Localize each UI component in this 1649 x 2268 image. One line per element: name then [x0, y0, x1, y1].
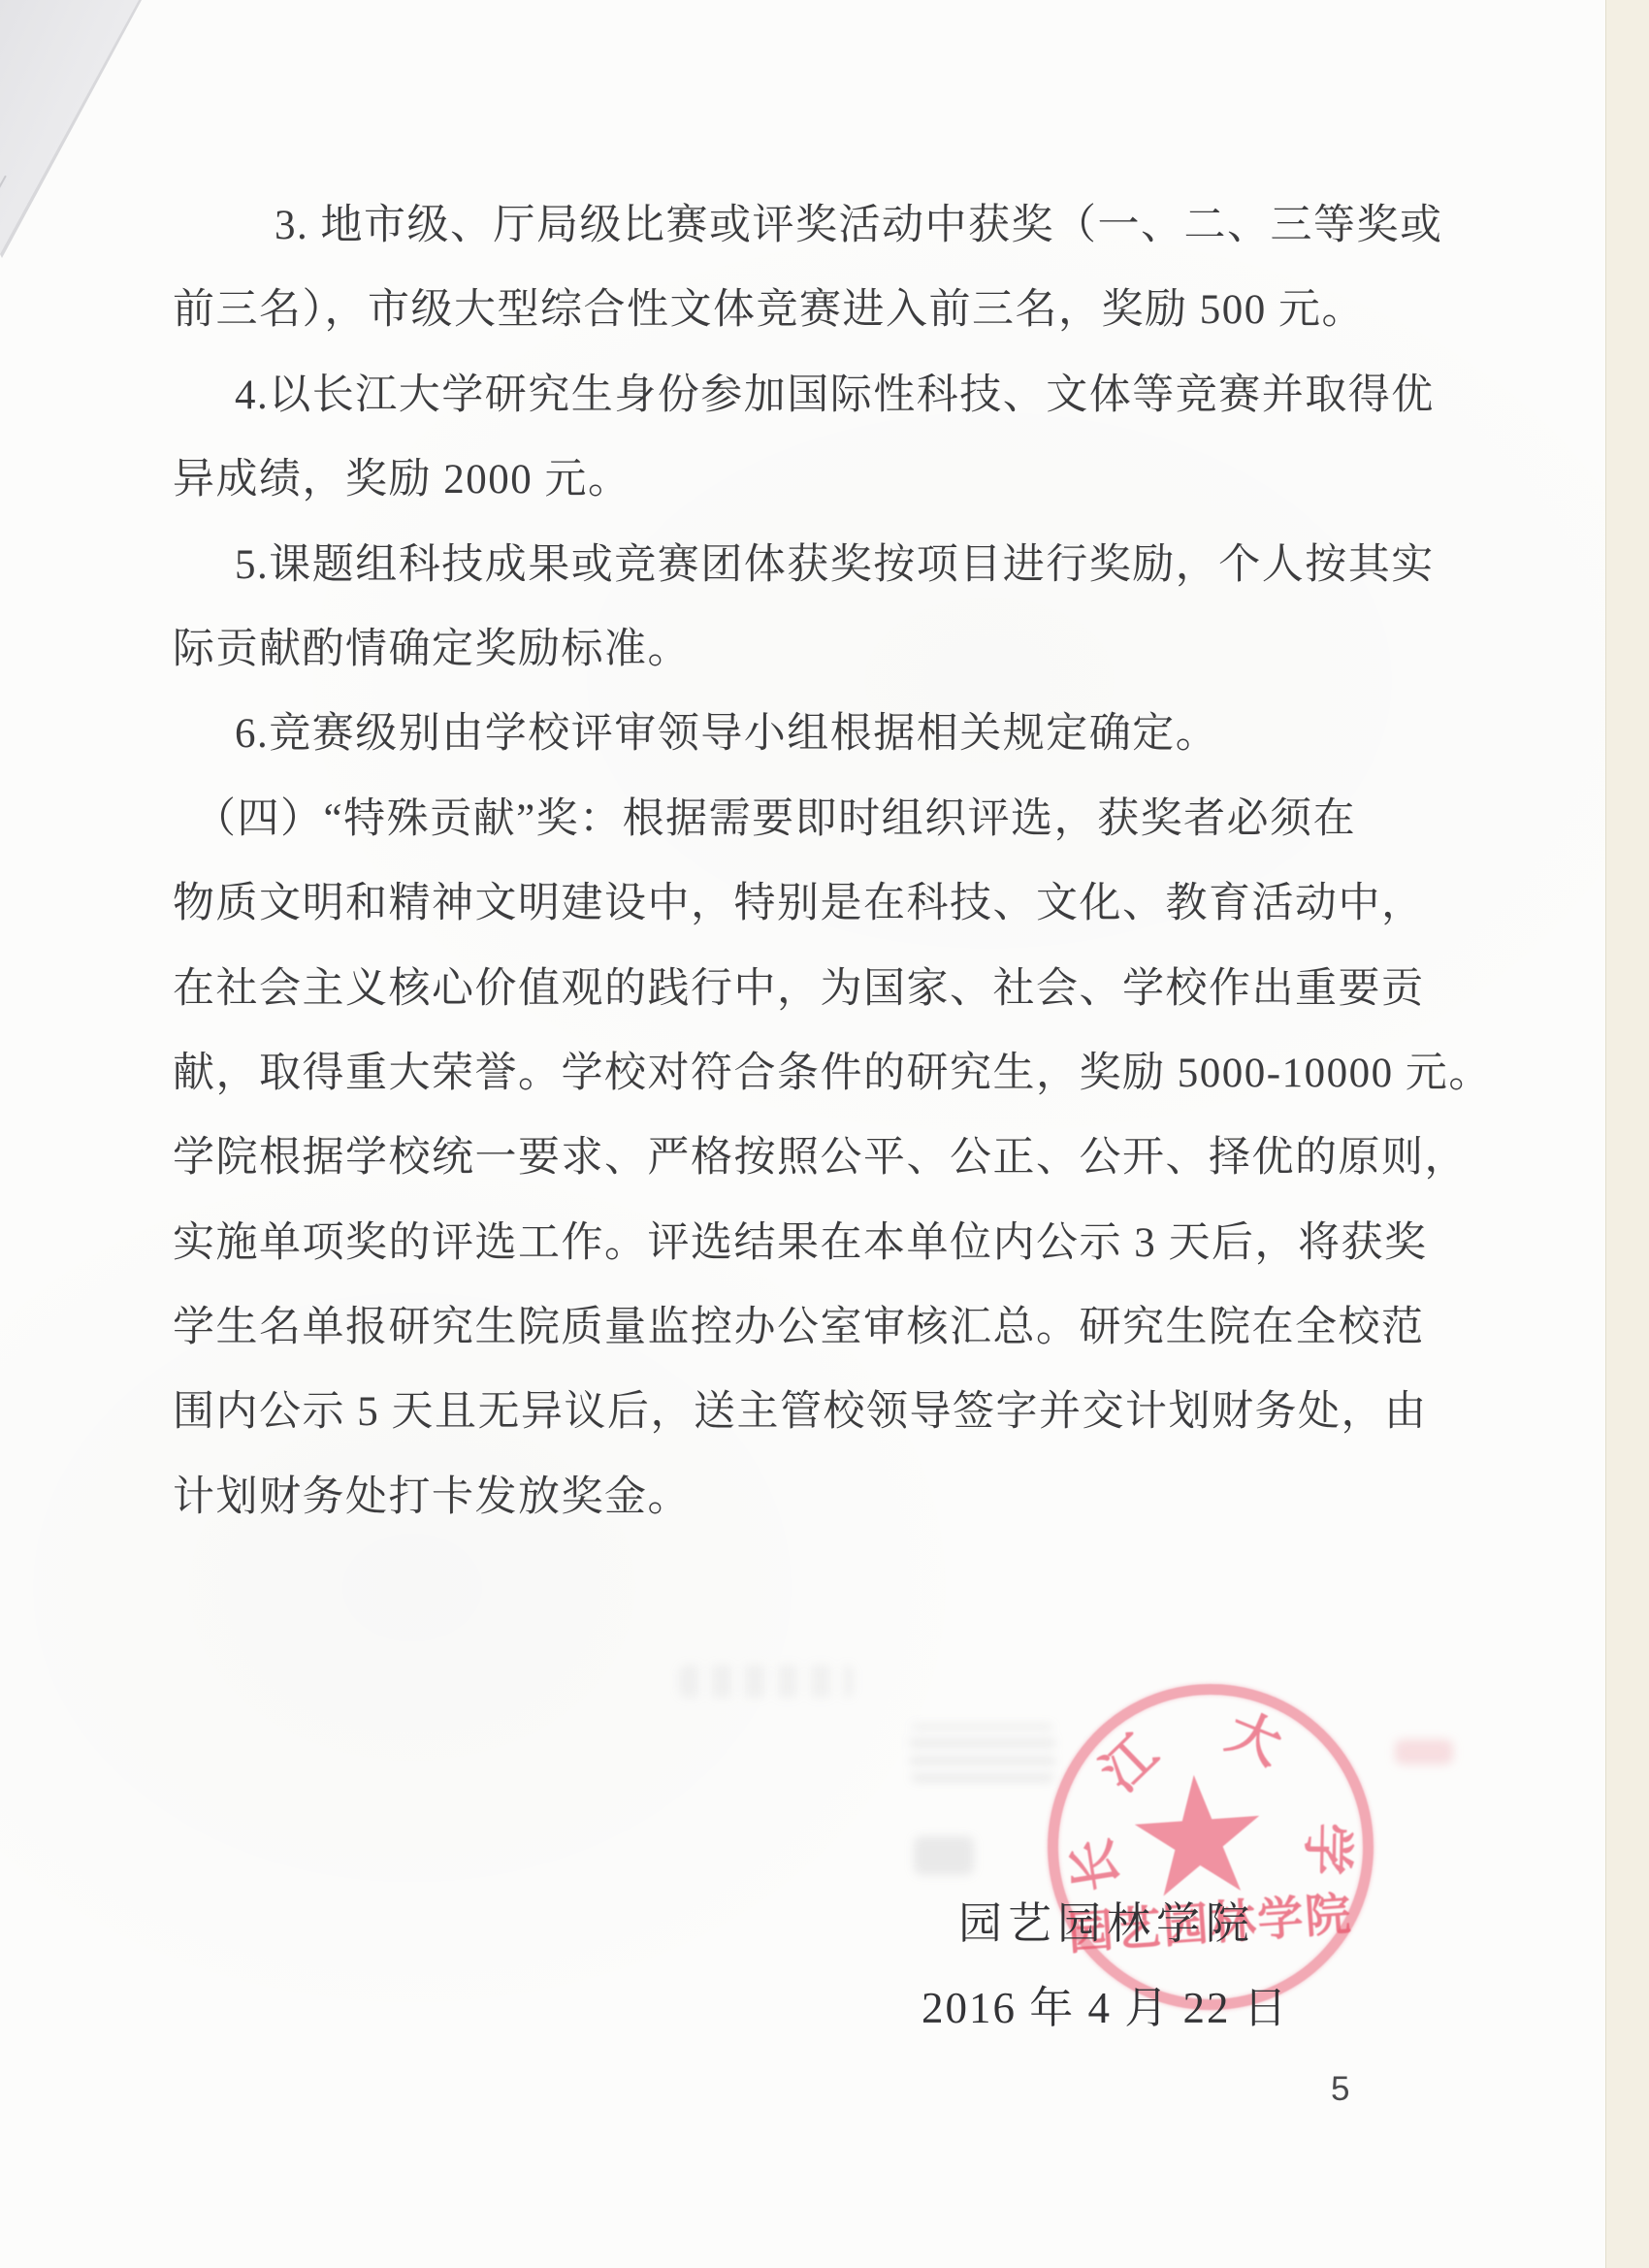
document-body: 3. 地市级、厅局级比赛或评奖活动中获奖（一、二、三等奖或 前三名），市级大型综… [173, 183, 1497, 1539]
page-number: 5 [1331, 2070, 1349, 2109]
body-line: 围内公示 5 天且无异议后，送主管校领导签字并交计划财务处，由 [173, 1370, 1497, 1454]
body-line: 学院根据学校统一要求、严格按照公平、公正、公开、择优的原则， [173, 1116, 1497, 1200]
scanner-edge-strip [1605, 0, 1649, 2268]
body-line: 实施单项奖的评选工作。评选结果在本单位内公示 3 天后，将获奖 [173, 1201, 1497, 1285]
body-line: 前三名），市级大型综合性文体竞赛进入前三名，奖励 500 元。 [173, 268, 1497, 352]
signature-org-name: 园艺园林学院 [958, 1888, 1255, 1951]
body-line: 异成绩，奖励 2000 元。 [173, 437, 1497, 522]
body-line: 5.课题组科技成果或竞赛团体获奖按项目进行奖励，个人按其实 [173, 523, 1497, 607]
page-fold-corner [0, 0, 145, 262]
official-seal: ★ 长 江 大 学 园艺园林学院 [1037, 1673, 1385, 2022]
body-line: 6.竞赛级别由学校评审领导小组根据相关规定确定。 [173, 692, 1497, 776]
body-line: 计划财务处打卡发放奖金。 [173, 1455, 1497, 1539]
ink-bleed-smudge [914, 1836, 974, 1875]
body-line: （四）“特殊贡献”奖：根据需要即时组织评选，获奖者必须在 [173, 777, 1497, 861]
body-line: 际贡献酌情确定奖励标准。 [173, 607, 1497, 692]
scanned-document-page: 3. 地市级、厅局级比赛或评奖活动中获奖（一、二、三等奖或 前三名），市级大型综… [0, 0, 1649, 2268]
ink-bleed-smudge [910, 1725, 1055, 1781]
body-line: 献，取得重大荣誉。学校对符合条件的研究生，奖励 5000-10000 元。 [173, 1031, 1497, 1116]
body-line: 3. 地市级、厅局级比赛或评奖活动中获奖（一、二、三等奖或 [173, 183, 1497, 268]
ink-bleed-smudge [679, 1665, 854, 1698]
body-line: 4.以长江大学研究生身份参加国际性科技、文体等竞赛并取得优 [173, 353, 1497, 437]
ink-bleed-smudge [1395, 1739, 1453, 1765]
body-line: 在社会主义核心价值观的践行中，为国家、社会、学校作出重要贡 [173, 947, 1497, 1031]
seal-arc-char: 学 [1299, 1822, 1354, 1877]
signature-date: 2016 年 4 月 22 日 [921, 1972, 1289, 2035]
body-line: 学生名单报研究生院质量监控办公室审核汇总。研究生院在全校范 [173, 1285, 1497, 1370]
body-line: 物质文明和精神文明建设中，特别是在科技、文化、教育活动中， [173, 861, 1497, 946]
